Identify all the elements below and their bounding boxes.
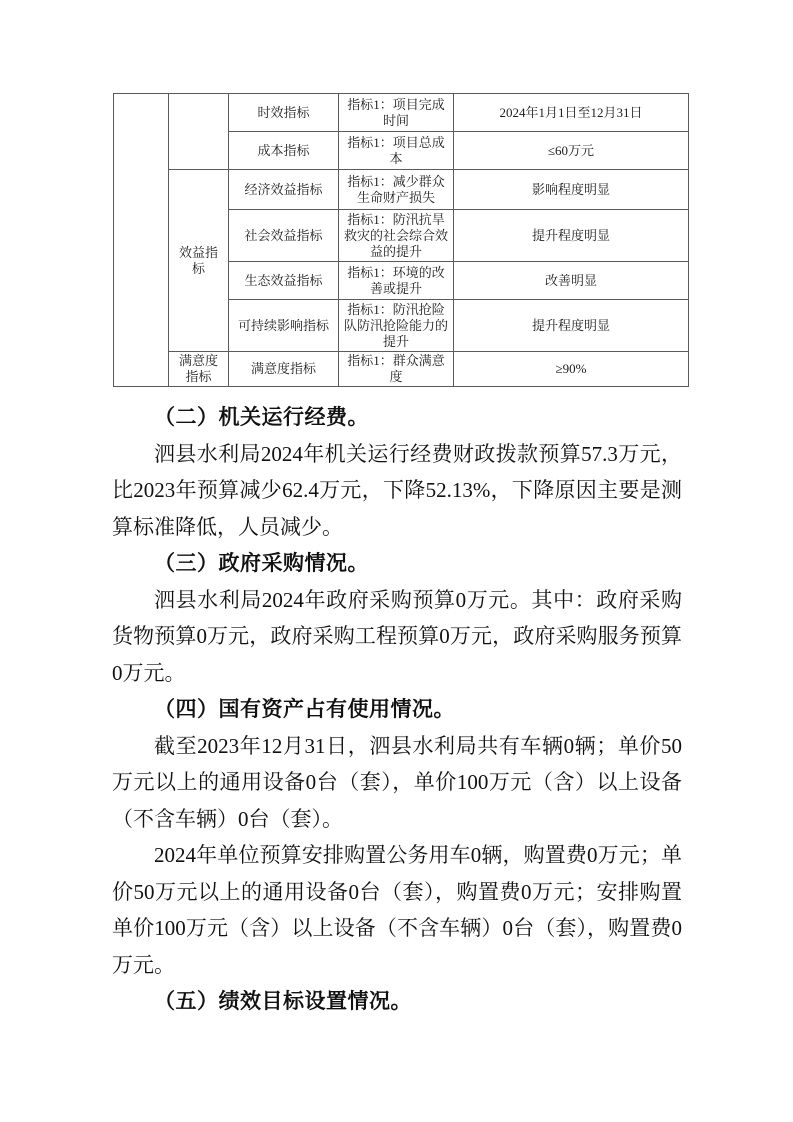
table-row: 时效指标 指标1：项目完成时间 2024年1月1日至12月31日 xyxy=(114,94,689,132)
table-cell-value: 提升程度明显 xyxy=(454,210,689,262)
table-cell-value: ≥90% xyxy=(454,352,689,387)
table-cell-satisfaction-group: 满意度指标 xyxy=(169,352,229,387)
table-cell-category: 成本指标 xyxy=(229,132,339,170)
table-cell-indicator: 指标1：减少群众生命财产损失 xyxy=(339,170,454,210)
table-cell-value: 提升程度明显 xyxy=(454,300,689,352)
table-cell-indicator: 指标1：防汛抢险队防汛抢险能力的提升 xyxy=(339,300,454,352)
table-cell-category: 经济效益指标 xyxy=(229,170,339,210)
table-cell-benefit-group: 效益指标 xyxy=(169,170,229,352)
table-cell-indicator: 指标1：项目完成时间 xyxy=(339,94,454,132)
document-page: 时效指标 指标1：项目完成时间 2024年1月1日至12月31日 成本指标 指标… xyxy=(0,0,793,1122)
section-4-paragraph-2: 2024年单位预算安排购置公务用车0辆，购置费0万元；单价50万元以上的通用设备… xyxy=(112,837,682,983)
section-heading-3: （三）政府采购情况。 xyxy=(112,545,682,582)
document-body: （二）机关运行经费。 泗县水利局2024年机关运行经费财政拨款预算57.3万元，… xyxy=(112,399,682,1020)
table-cell-category: 时效指标 xyxy=(229,94,339,132)
table-cell-indicator: 指标1：防汛抗旱救灾的社会综合效益的提升 xyxy=(339,210,454,262)
performance-indicators-table: 时效指标 指标1：项目完成时间 2024年1月1日至12月31日 成本指标 指标… xyxy=(113,93,689,387)
section-heading-5: （五）绩效目标设置情况。 xyxy=(112,983,682,1020)
section-4-paragraph-1: 截至2023年12月31日，泗县水利局共有车辆0辆；单价50万元以上的通用设备0… xyxy=(112,728,682,838)
table-cell-value: 2024年1月1日至12月31日 xyxy=(454,94,689,132)
table-cell-indicator: 指标1：环境的改善或提升 xyxy=(339,262,454,300)
table-cell-value: 改善明显 xyxy=(454,262,689,300)
table-row: 满意度指标 满意度指标 指标1：群众满意度 ≥90% xyxy=(114,352,689,387)
table-cell-value: ≤60万元 xyxy=(454,132,689,170)
section-heading-2: （二）机关运行经费。 xyxy=(112,399,682,436)
table-row: 效益指标 经济效益指标 指标1：减少群众生命财产损失 影响程度明显 xyxy=(114,170,689,210)
section-3-paragraph: 泗县水利局2024年政府采购预算0万元。其中：政府采购货物预算0万元，政府采购工… xyxy=(112,582,682,692)
table-cell-value: 影响程度明显 xyxy=(454,170,689,210)
table-cell-category: 满意度指标 xyxy=(229,352,339,387)
section-2-paragraph: 泗县水利局2024年机关运行经费财政拨款预算57.3万元，比2023年预算减少6… xyxy=(112,436,682,546)
table-cell-indicator: 指标1：群众满意度 xyxy=(339,352,454,387)
table-cell-empty-col2 xyxy=(169,94,229,170)
table-cell-empty-col1 xyxy=(114,94,169,387)
table-cell-category: 生态效益指标 xyxy=(229,262,339,300)
table-cell-indicator: 指标1：项目总成本 xyxy=(339,132,454,170)
section-heading-4: （四）国有资产占有使用情况。 xyxy=(112,691,682,728)
table-cell-category: 社会效益指标 xyxy=(229,210,339,262)
table-cell-category: 可持续影响指标 xyxy=(229,300,339,352)
